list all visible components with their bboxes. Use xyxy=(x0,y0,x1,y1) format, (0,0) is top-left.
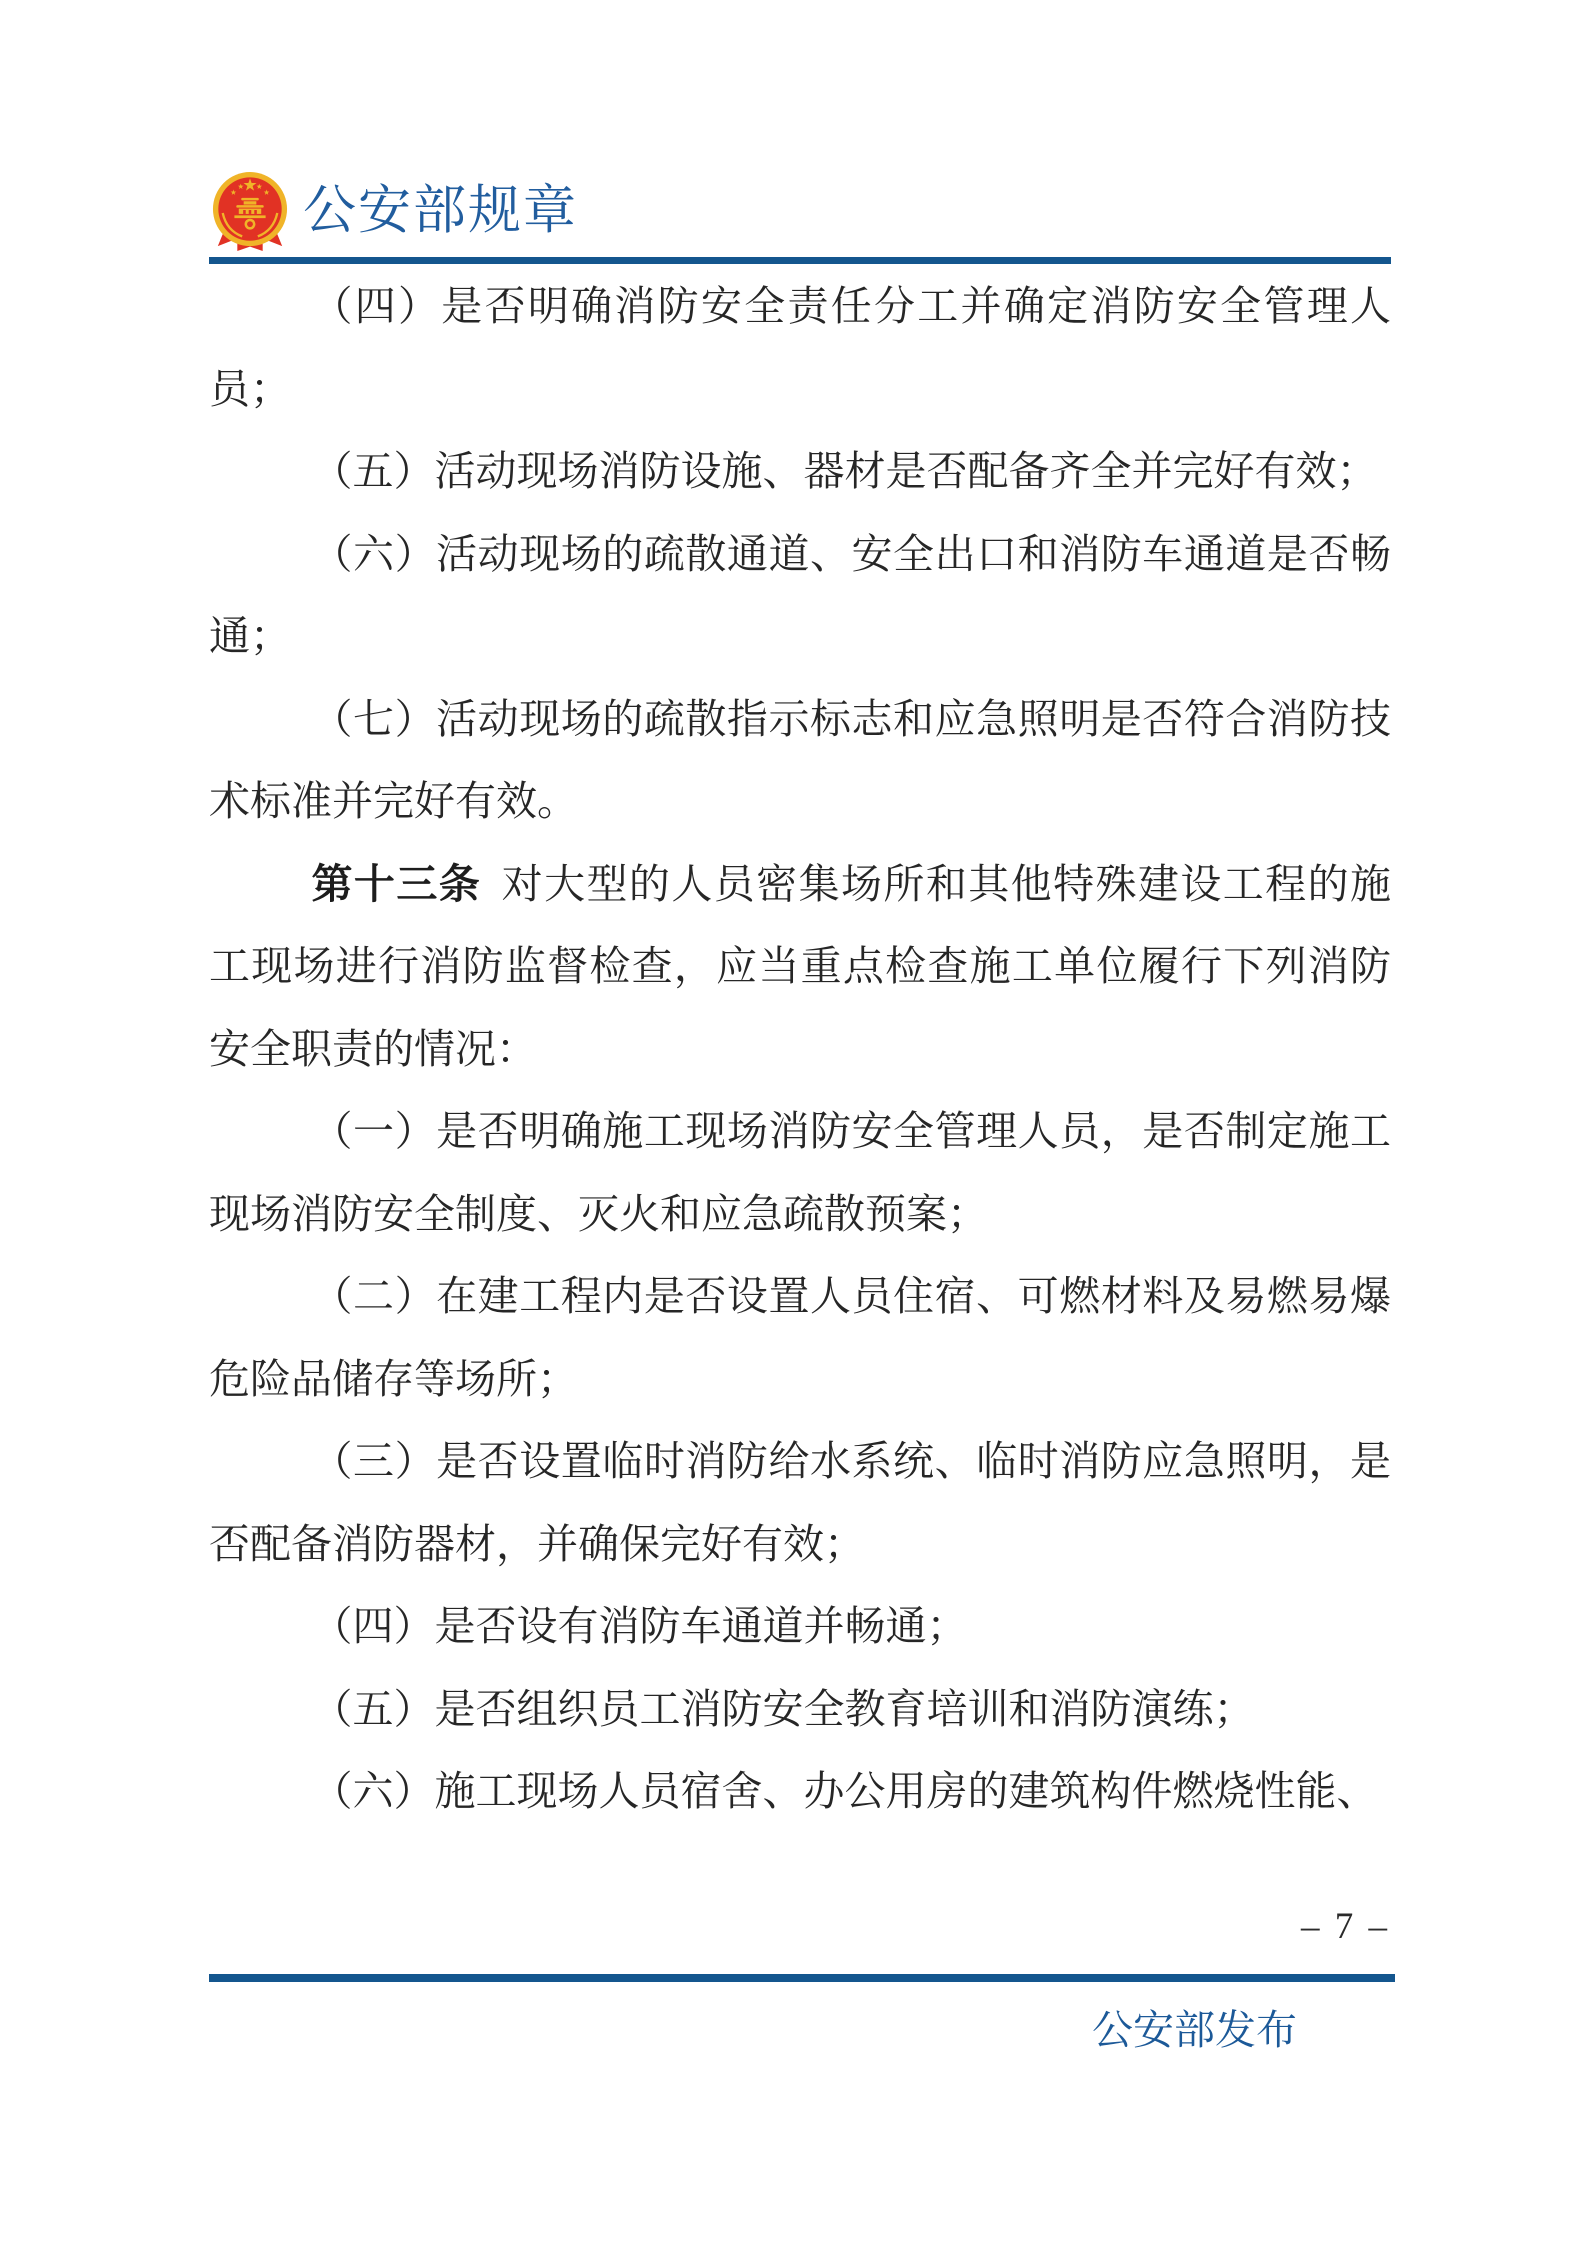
body-paragraph: （三）是否设置临时消防给水系统、临时消防应急照明，是否配备消防器材，并确保完好有… xyxy=(209,1420,1391,1585)
body-paragraph: （二）在建工程内是否设置人员住宿、可燃材料及易燃易爆危险品储存等场所； xyxy=(209,1255,1391,1420)
article-number: 第十三条 xyxy=(312,861,482,907)
page-header: 公安部规章 xyxy=(211,168,578,254)
national-emblem-icon xyxy=(211,169,289,253)
body-paragraph: （六）施工现场人员宿舍、办公用房的建筑构件燃烧性能、 xyxy=(209,1750,1391,1833)
publisher-label: 公安部发布 xyxy=(1092,2006,1297,2054)
body-paragraph: （六）活动现场的疏散通道、安全出口和消防车通道是否畅通； xyxy=(209,513,1391,678)
body-paragraph: （七）活动现场的疏散指示标志和应急照明是否符合消防技术标准并完好有效。 xyxy=(209,678,1391,843)
body-paragraph: （四）是否明确消防安全责任分工并确定消防安全管理人员； xyxy=(209,265,1391,430)
footer-divider xyxy=(209,1974,1395,1982)
header-divider xyxy=(209,257,1391,264)
page-number: – 7 – xyxy=(1301,1905,1390,1949)
body-paragraph: （五）是否组织员工消防安全教育培训和消防演练； xyxy=(209,1668,1391,1751)
document-body: （四）是否明确消防安全责任分工并确定消防安全管理人员；（五）活动现场消防设施、器… xyxy=(209,265,1391,1833)
body-paragraph: （一）是否明确施工现场消防安全管理人员，是否制定施工现场消防安全制度、灭火和应急… xyxy=(209,1090,1391,1255)
document-page: 公安部规章 （四）是否明确消防安全责任分工并确定消防安全管理人员；（五）活动现场… xyxy=(0,0,1587,2245)
header-title: 公安部规章 xyxy=(303,185,578,238)
body-paragraph: （五）活动现场消防设施、器材是否配备齐全并完好有效； xyxy=(209,430,1391,513)
body-paragraph: （四）是否设有消防车通道并畅通； xyxy=(209,1585,1391,1668)
body-paragraph: 第十三条对大型的人员密集场所和其他特殊建设工程的施工现场进行消防监督检查，应当重… xyxy=(209,843,1391,1091)
